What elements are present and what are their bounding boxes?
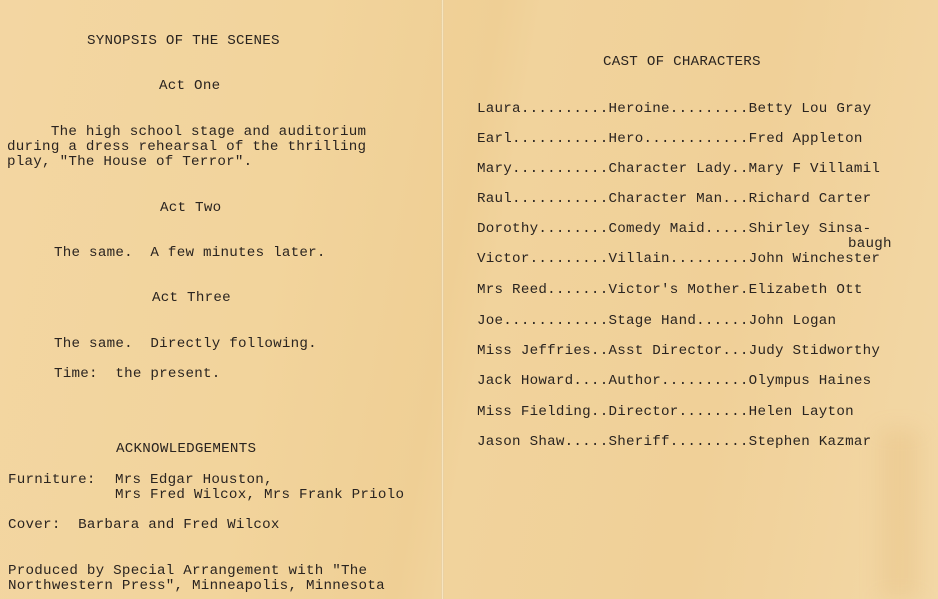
synopsis-title: SYNOPSIS OF THE SCENES (87, 34, 280, 49)
cast-row: Laura..........Heroine.........Betty Lou… (477, 102, 871, 117)
cast-row: Raul...........Character Man...Richard C… (477, 192, 871, 207)
cast-row: Mary...........Character Lady..Mary F Vi… (477, 162, 880, 177)
produced-by-line-1: Produced by Special Arrangement with "Th… (8, 564, 367, 579)
cast-row: Miss Jeffries..Asst Director...Judy Stid… (477, 344, 880, 359)
cover-line: Cover: Barbara and Fred Wilcox (8, 518, 280, 533)
furniture-line-2: Mrs Fred Wilcox, Mrs Frank Priolo (115, 488, 404, 503)
paper-stain (880, 430, 920, 599)
cast-row: Dorothy........Comedy Maid.....Shirley S… (477, 222, 871, 237)
cast-row: Joe............Stage Hand......John Loga… (477, 314, 836, 329)
cast-row: Mrs Reed.......Victor's Mother.Elizabeth… (477, 283, 863, 298)
produced-by-line-2: Northwestern Press", Minneapolis, Minnes… (8, 579, 385, 594)
act-one-desc-3: play, "The House of Terror". (7, 155, 252, 170)
act-one-desc-1: The high school stage and auditorium (7, 125, 366, 140)
act-one-heading: Act One (159, 79, 220, 94)
furniture-line-1: Mrs Edgar Houston, (115, 473, 273, 488)
cast-row: Victor.........Villain.........John Winc… (477, 252, 880, 267)
cast-row: Miss Fielding..Director........Helen Lay… (477, 405, 854, 420)
time-line: Time: the present. (54, 367, 221, 382)
act-one-desc-2: during a dress rehearsal of the thrillin… (7, 140, 366, 155)
act-three-heading: Act Three (152, 291, 231, 306)
cast-row: Earl...........Hero............Fred Appl… (477, 132, 863, 147)
furniture-label: Furniture: (8, 473, 96, 488)
page-fold (441, 0, 444, 599)
act-two-desc: The same. A few minutes later. (54, 246, 326, 261)
cast-row-continuation: baugh (848, 237, 892, 252)
act-two-heading: Act Two (160, 201, 221, 216)
acknowledgements-title: ACKNOWLEDGEMENTS (116, 442, 256, 457)
cast-row: Jason Shaw.....Sheriff.........Stephen K… (477, 435, 871, 450)
act-three-desc: The same. Directly following. (54, 337, 317, 352)
cast-title: CAST OF CHARACTERS (603, 55, 761, 70)
cast-row: Jack Howard....Author..........Olympus H… (477, 374, 871, 389)
